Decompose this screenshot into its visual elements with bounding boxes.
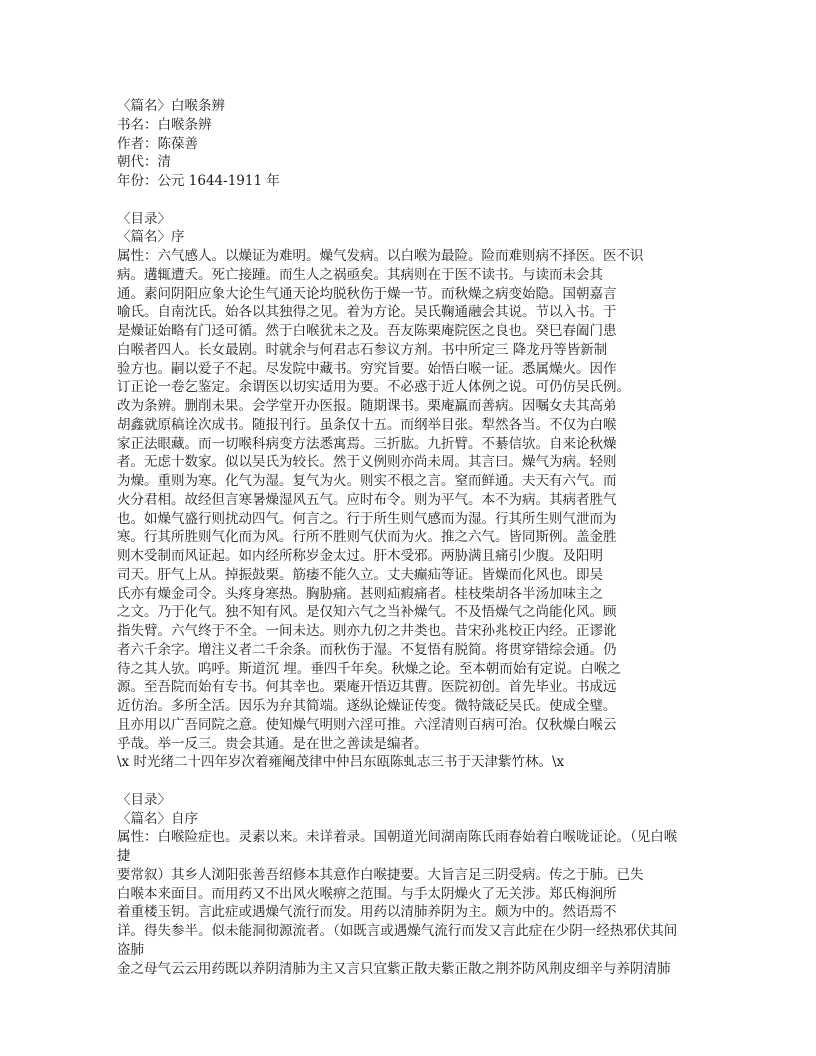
text-line: 金之母气云云用药既以养阴清肺为主又言只宜紫正散夫紫正散之荆芥防风荆皮细辛与养阴清… [117, 960, 717, 979]
text-line: 待之其人欤。呜呼。斯道沉 埋。垂四千年矣。秋燥之论。至本朝而始有定说。白喉之 [117, 660, 717, 679]
year-range: 年份：公元 1644-1911 年 [117, 172, 717, 191]
chapter-heading: 〈篇名〉序 [117, 228, 717, 247]
document-page: 〈篇名〉白喉条辨 书名：白喉条辨 作者：陈葆善 朝代：清 年份：公元 1644-… [117, 97, 717, 978]
text-line: 改为条辨。删削未果。会学堂开办医报。随期课书。栗庵羸而善病。因嘱女夫其高弟 [117, 397, 717, 416]
colophon: \x 时光绪二十四年岁次着雍阉茂律中仲吕东瓯陈虬志三书于天津紫竹林。\x [117, 753, 717, 772]
text-line: 且亦用以广吾同院之意。使知燥气明则六淫可推。六淫清则百病可治。仅秋燥白喉云 [117, 716, 717, 735]
author: 作者：陈葆善 [117, 135, 717, 154]
text-line: 乎哉。举一反三。贵会其通。是在世之善读是编者。 [117, 735, 717, 754]
text-line: 者。无虑十数家。似以吴氏为较长。然于义例则亦尚未周。其言曰。燥气为病。轻则 [117, 453, 717, 472]
text-line: 则木受制而风证起。如内经所称岁金太过。肝木受邪。两胁满且痛引少腹。及阳明 [117, 547, 717, 566]
text-line: 胡鑫就原稿诠次成书。随报刊行。虽条仅十五。而纲举目张。犁然各当。不仅为白喉 [117, 416, 717, 435]
text-line: 寒。行其所胜则气化而为风。行所不胜则气伏而为火。推之六气。皆同斯例。盖金胜 [117, 528, 717, 547]
text-line: 病。遘辄遭夭。死亡接踵。而生人之祸亟矣。其病则在于医不读书。与读而未会其 [117, 266, 717, 285]
text-line: 捷 [117, 847, 717, 866]
text-line: 白喉者四人。长女最剧。时就余与何君志石参议方剂。书中所定三 降龙丹等皆新制 [117, 341, 717, 360]
text-line: 盗肺 [117, 941, 717, 960]
text-line: 订正论一卷乞鉴定。余谓医以切实适用为要。不必惑于近人体例之说。可仍仿吴氏例。 [117, 378, 717, 397]
spacer [117, 772, 717, 791]
text-line: 指失臂。六气终于不全。一间未达。则亦九仞之井类也。昔宋孙兆校正内经。正谬讹 [117, 622, 717, 641]
chapter-heading: 〈篇名〉白喉条辨 [117, 97, 717, 116]
text-line: 是燥证始略有门迳可循。然于白喉犹未之及。吾友陈栗庵院医之良也。癸巳春阖门患 [117, 322, 717, 341]
chapter-heading: 〈篇名〉自序 [117, 810, 717, 829]
text-line: 验方也。嗣以爱子不起。尽发院中藏书。穷究旨要。始悟白喉一证。悉属燥火。因作 [117, 360, 717, 379]
text-line: 火分君相。故经但言寒暑燥湿风五气。应时布令。则为平气。本不为病。其病者胜气 [117, 491, 717, 510]
text-line: 喻氏。自南沈氏。始各以其独得之见。着为方论。吴氏鞠通融会其说。节以入书。于 [117, 303, 717, 322]
text-line: 也。如燥气盛行则扰动四气。何言之。行于所生则气感而为湿。行其所生则气泄而为 [117, 510, 717, 529]
text-line: 源。至吾院而始有专书。何其幸也。栗庵开悟迈其曹。医院初创。首先毕业。书成远 [117, 678, 717, 697]
toc-marker: 〈目录〉 [117, 791, 717, 810]
toc-marker: 〈目录〉 [117, 210, 717, 229]
text-line: 要常叙）其乡人浏阳张善吾绍修本其意作白喉捷要。大旨言足三阴受病。传之于肺。已失 [117, 866, 717, 885]
text-line: 之文。乃于化气。独不知有风。是仅知六气之当补燥气。不及悟燥气之尚能化风。顾 [117, 603, 717, 622]
text-line: 近仿治。多所全活。因乐为弁其简端。遂纵论燥证传变。微特箴砭吴氏。使成全璧。 [117, 697, 717, 716]
dynasty: 朝代：清 [117, 153, 717, 172]
text-line: 家正法眼藏。而一切喉科病变方法悉寓焉。三折肱。九折臂。不綦信欤。自来论秋燥 [117, 435, 717, 454]
text-line: 通。素问阴阳应象大论生气通天论均脱秋伤于燥一节。而秋燥之病变始隐。国朝嘉言 [117, 285, 717, 304]
book-name: 书名：白喉条辨 [117, 116, 717, 135]
text-line: 司天。肝气上从。掉振鼓栗。筋痿不能久立。丈夫癫疝等证。皆燥而化风也。即吴 [117, 566, 717, 585]
text-line: 详。得失参半。似未能洞彻源流者。（如既言或遇燥气流行而发又言此症在少阴一经热邪伏… [117, 922, 717, 941]
text-line: 白喉本来面目。而用药又不出风火喉痹之范围。与手太阴燥火了无关涉。郑氏梅涧所 [117, 885, 717, 904]
spacer [117, 191, 717, 210]
text-line: 者六千余字。增注义者二千余条。而秋伤于湿。不复悟有脱简。将贯穿错综会通。仍 [117, 641, 717, 660]
text-line: 属性：六气感人。以燥证为难明。燥气发病。以白喉为最险。险而难则病不择医。医不识 [117, 247, 717, 266]
text-line: 氏亦有燥金司令。头疼身寒热。胸胁痛。甚则疝瘕痛者。桂枝柴胡各半汤加味主之 [117, 585, 717, 604]
text-line: 属性：白喉险症也。灵素以来。未详着录。国朝道光间湖南陈氏雨春始着白喉咙证论。（见… [117, 828, 717, 847]
text-line: 着重楼玉钥。言此症或遇燥气流行而发。用药以清肺养阴为主。颇为中的。然语焉不 [117, 903, 717, 922]
text-line: 为燥。重则为寒。化气为湿。复气为火。则实不根之言。窒而鲜通。夫天有六气。而 [117, 472, 717, 491]
